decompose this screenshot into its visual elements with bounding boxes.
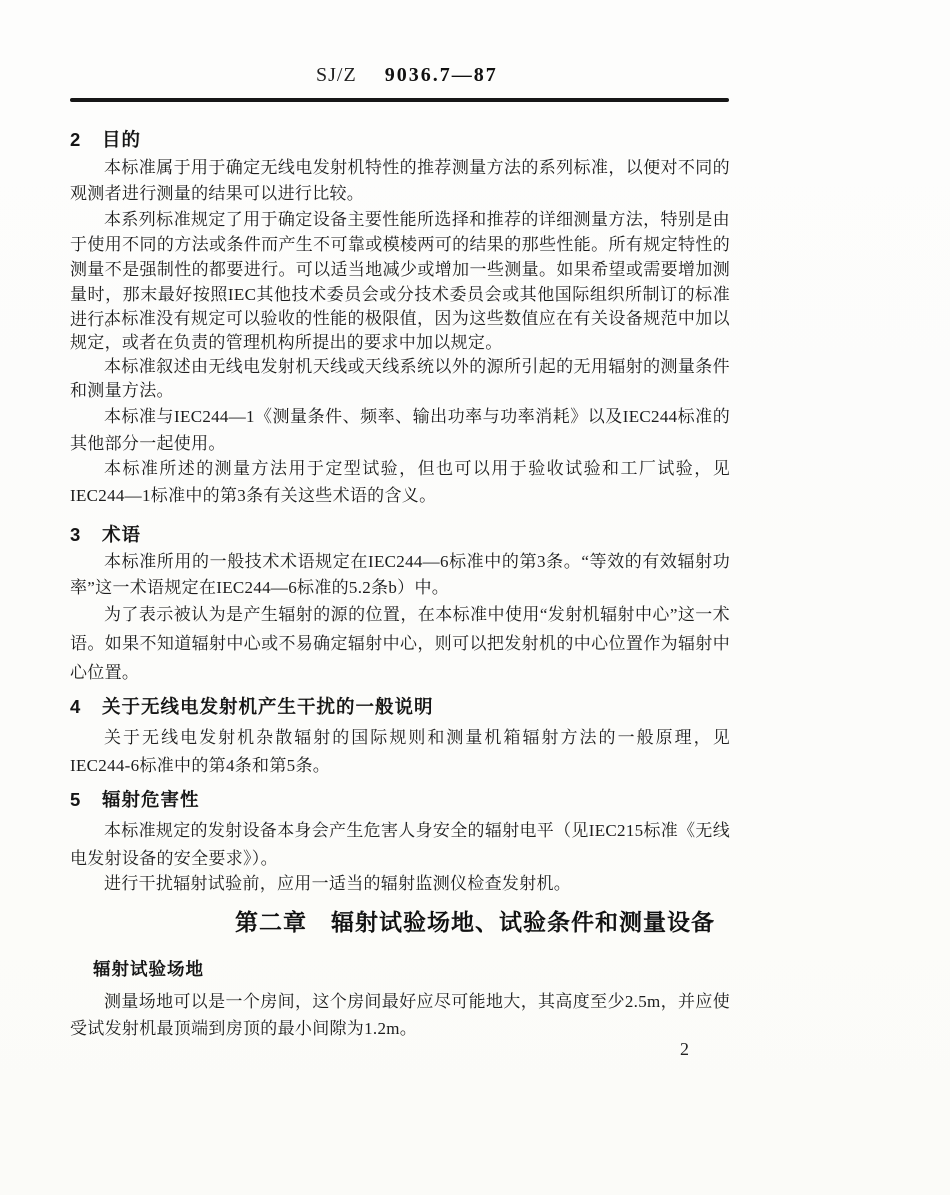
standard-header: SJ/Z 9036.7—87: [316, 64, 498, 87]
document-page: SJ/Z 9036.7—87 2目的 本标准属于用于确定无线电发射机特性的推荐测…: [0, 0, 950, 1195]
paragraph: 关于无线电发射机杂散辐射的国际规则和测量机箱辐射方法的一般原理，见IEC244-…: [70, 724, 730, 780]
section-title: 目的: [102, 129, 141, 150]
section-heading-interference-notes: 4关于无线电发射机产生干扰的一般说明: [70, 693, 434, 719]
chapter-title: 第二章 辐射试验场地、试验条件和测量设备: [0, 904, 950, 937]
paragraph: 测量场地可以是一个房间，这个房间最好应尽可能地大，其高度至少2.5m，并应使受试…: [70, 988, 730, 1042]
section-title: 术语: [102, 524, 141, 545]
paragraph: 本标准没有规定可以验收的性能的极限值，因为这些数值应在有关设备规范中加以规定，或…: [70, 307, 730, 355]
paragraph: 为了表示被认为是产生辐射的源的位置，在本标准中使用“发射机辐射中心”这一术语。如…: [70, 600, 730, 687]
subsection-heading-test-site: 辐射试验场地: [93, 956, 204, 981]
header-divider-rule: [70, 98, 729, 102]
section-number: 5: [70, 789, 102, 811]
standard-code-prefix: SJ/Z: [316, 64, 357, 86]
section-heading-radiation-hazard: 5辐射危害性: [70, 786, 200, 812]
section-number: 3: [70, 524, 102, 546]
paragraph: 本标准规定的发射设备本身会产生危害人身安全的辐射电平（见IEC215标准《无线电…: [70, 817, 730, 873]
paragraph: 本标准所用的一般技术术语规定在IEC244—6标准中的第3条。“等效的有效辐射功…: [70, 549, 730, 601]
section-heading-purpose: 2目的: [70, 126, 141, 152]
section-number: 2: [70, 129, 102, 151]
standard-code-number: 9036.7—87: [385, 64, 498, 86]
section-number: 4: [70, 696, 102, 718]
paragraph: 本标准属于用于确定无线电发射机特性的推荐测量方法的系列标准，以便对不同的观测者进…: [70, 155, 730, 206]
paragraph: 本标准叙述由无线电发射机天线或天线系统以外的源所引起的无用辐射的测量条件和测量方…: [70, 355, 730, 403]
paragraph: 本标准所述的测量方法用于定型试验，但也可以用于验收试验和工厂试验，见IEC244…: [70, 455, 730, 509]
paragraph: 本标准与IEC244—1《测量条件、频率、输出功率与功率消耗》以及IEC244标…: [70, 403, 730, 457]
page-number: 2: [680, 1039, 689, 1060]
paragraph: 进行干扰辐射试验前，应用一适当的辐射监测仪检查发射机。: [70, 870, 730, 898]
section-title: 关于无线电发射机产生干扰的一般说明: [102, 696, 434, 717]
section-heading-terminology: 3术语: [70, 521, 141, 547]
section-title: 辐射危害性: [102, 789, 200, 810]
